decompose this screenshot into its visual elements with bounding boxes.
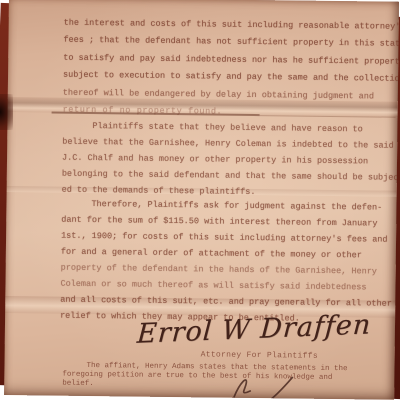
document-photo: the interest and costs of this suit incl… — [0, 0, 400, 400]
petition-paragraph-2: Plaintiffs state that they believe and h… — [62, 118, 399, 202]
petition-paragraph-1: the interest and costs of this suit incl… — [63, 15, 399, 124]
document-page: the interest and costs of this suit incl… — [4, 0, 399, 400]
attorney-signature-title: Attorney For Plaintiffs — [201, 350, 318, 360]
spine-fold-shadow — [0, 94, 13, 130]
petition-prayer-paragraph: Therefore, Plaintiffs ask for judgment a… — [60, 196, 393, 328]
partial-signature-stroke — [230, 374, 326, 400]
